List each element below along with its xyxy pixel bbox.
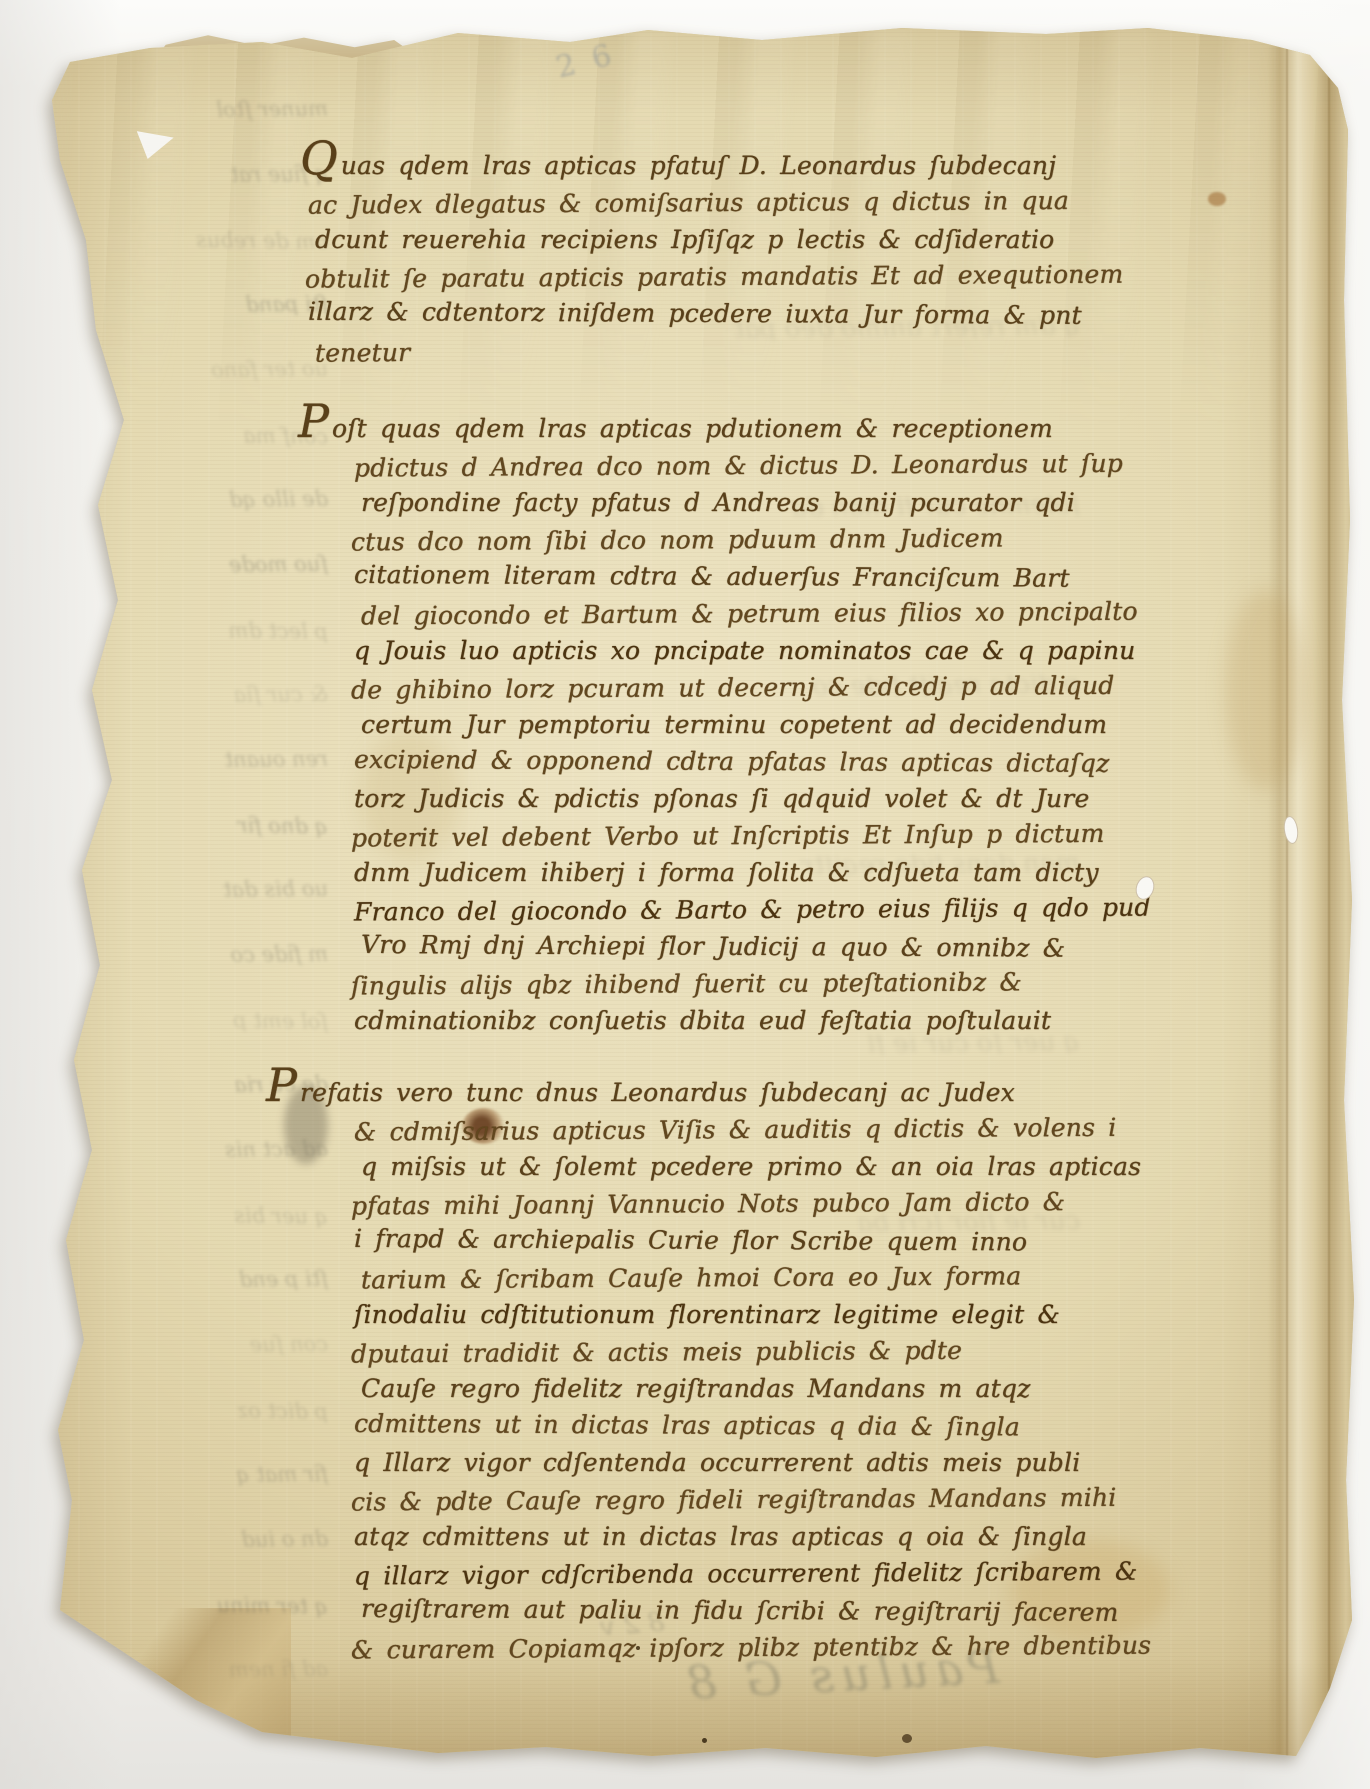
text-line: de ghibino lorz pcuram ut decernj & cdce…: [351, 667, 1156, 709]
showthrough-line: ad act nis: [76, 1139, 328, 1163]
scanned-page: muner ſtolq fiue ratom de rebusſti pandu…: [0, 0, 1370, 1789]
rust-spot: [578, 24, 608, 37]
text-line: atqz cdmittens ut in dictas lras apticas…: [354, 1518, 1156, 1555]
text-line: dputaui tradidit & actis meis publicis &…: [351, 1331, 1156, 1373]
text-line: torz Judicis & pdictis pſonas ſi qdquid …: [354, 780, 1156, 817]
text-line: i frapd & archiepalis Curie flor Scribe …: [354, 1220, 1156, 1261]
text-line: tenetur: [315, 329, 1156, 371]
showthrough-line: p dict oz: [76, 1398, 328, 1423]
paper-sheet: muner ſtolq fiue ratom de rebusſti pandu…: [0, 0, 1370, 1789]
text-line: reſpondine facty pfatus d Andreas banij …: [361, 484, 1156, 521]
text-line: q Illarz vigor cdſentenda occurrerent ad…: [354, 1444, 1156, 1481]
showthrough-line: ſuo mode: [104, 554, 328, 577]
text-line: regiſtrarem aut paliu in fidu ſcribi & r…: [361, 1590, 1156, 1631]
showthrough-line: q ter minu: [104, 1593, 328, 1617]
text-line: Vro Rmj dnj Archiepi flor Judicij a quo …: [361, 926, 1156, 967]
text-line: q Jouis luo apticis xo pncipate nominato…: [354, 632, 1156, 669]
showthrough-line: fir mat q: [76, 1464, 328, 1488]
text-line: illarz & cdtentorz iniſdem pcedere iuxta…: [308, 293, 1156, 334]
text-line: del giocondo et Bartum & petrum eius fil…: [361, 593, 1156, 635]
text-line: Prefatis vero tunc dnus Leonardus ſubdec…: [266, 1067, 1156, 1111]
showthrough-line: uo ter fano: [76, 359, 328, 383]
verso-showthrough-left: muner ſtolq fiue ratom de rebusſti pandu…: [76, 100, 328, 1681]
showthrough-line: con ſue: [104, 1334, 328, 1357]
showthrough-line: muner ſtol: [76, 99, 328, 123]
vertical-fold-crease: [1268, 30, 1364, 1771]
paragraph-2: Poſt quas qdem lras apticas pdutionem & …: [296, 403, 1156, 1039]
text-line: Cauſe regro fidelitz regiſtrandas Mandan…: [361, 1370, 1156, 1407]
showthrough-line: conf ma: [76, 423, 328, 448]
paragraph-1: Quas qdem lras apticas pfatuſ D. Leonard…: [296, 140, 1156, 369]
rust-spot: [1208, 192, 1226, 206]
text-line: ſingulis alijs qbz ihibend fuerit cu pte…: [351, 963, 1156, 1005]
showthrough-line: uo bis dat: [76, 879, 328, 903]
text-line: Quas qdem lras apticas pfatuſ D. Leonard…: [300, 140, 1156, 184]
showthrough-line: om de rebus: [76, 228, 328, 253]
showthrough-line: q dno fir: [104, 813, 328, 837]
showthrough-line: ſti p end: [76, 1269, 328, 1293]
paragraph-3: Prefatis vero tunc dnus Leonardus ſubdec…: [296, 1067, 1156, 1666]
text-line: & cdmiſsarius apticus Viſis & auditis q …: [354, 1109, 1156, 1151]
text-line: Poſt quas qdem lras apticas pdutionem & …: [298, 403, 1156, 447]
text-line: dcunt reuerehia recipiens Ipſiſqz p lect…: [315, 221, 1156, 258]
text-line: poterit vel debent Verbo ut Inſcriptis E…: [351, 815, 1156, 857]
text-line: Franco del giocondo & Barto & petro eius…: [354, 889, 1156, 931]
showthrough-line: ſol emt p: [76, 1008, 328, 1033]
foxing-stain: [1225, 590, 1305, 790]
text-line: cis & pdte Cauſe regro fideli regiſtrand…: [351, 1479, 1156, 1521]
showthrough-line: q fiue rat: [76, 164, 328, 188]
showthrough-line: ad fi nem: [76, 1659, 328, 1683]
text-line: q illarz vigor cdſcribenda occurrerent f…: [354, 1553, 1156, 1595]
showthrough-line: ſti pand: [104, 294, 328, 317]
text-line: tarium & ſcribam Cauſe hmoi Cora eo Jux …: [361, 1257, 1156, 1299]
text-line: obtulit ſe paratu apticis paratis mandat…: [305, 255, 1156, 297]
text-line: cdmittens ut in dictas lras apticas q di…: [354, 1405, 1156, 1446]
manuscript-text: Quas qdem lras apticas pfatuſ D. Leonard…: [296, 140, 1156, 1666]
text-line: dnm Judicem ihiberj i forma ſolita & cdſ…: [354, 854, 1156, 891]
text-line: & curarem Copiamqz ipſorz plibz ptentibz…: [351, 1627, 1156, 1669]
text-line: citationem literam cdtra & aduerſus Fran…: [354, 556, 1156, 597]
text-line: certum Jur pemptoriu terminu copetent ad…: [361, 706, 1156, 743]
showthrough-line: & cur ſia: [76, 684, 328, 708]
ink-speck: [702, 1738, 707, 1743]
manuscript-paper: muner ſtolq fiue ratom de rebusſti pandu…: [0, 0, 1370, 1789]
text-line: pdictus d Andrea dco nom & dictus D. Leo…: [354, 445, 1156, 487]
text-line: ſinodaliu cdſtitutionum florentinarz leg…: [354, 1296, 1156, 1333]
showthrough-line: q uer bis: [76, 1203, 328, 1228]
text-line: excipiend & opponend cdtra pfatas lras a…: [354, 741, 1156, 782]
text-line: q miſsis ut & ſolemt pcedere primo & an …: [361, 1148, 1156, 1185]
rust-spot: [902, 1734, 912, 1743]
text-line: pfatas mihi Joannj Vannucio Nots pubco J…: [351, 1183, 1156, 1225]
showthrough-line: m fide co: [76, 944, 328, 968]
text-line: cdminationibz conſuetis dbita eud feſtat…: [354, 1002, 1156, 1039]
showthrough-line: dn o iud: [76, 1529, 328, 1553]
showthrough-line: p lect dm: [76, 618, 328, 643]
text-line: ctus dco nom ſibi dco nom pduum dnm Judi…: [351, 519, 1156, 561]
showthrough-line: ren ouant: [76, 749, 328, 773]
showthrough-line: de illo qd: [76, 489, 328, 513]
text-line: ac Judex dlegatus & comiſsarius apticus …: [308, 181, 1156, 223]
